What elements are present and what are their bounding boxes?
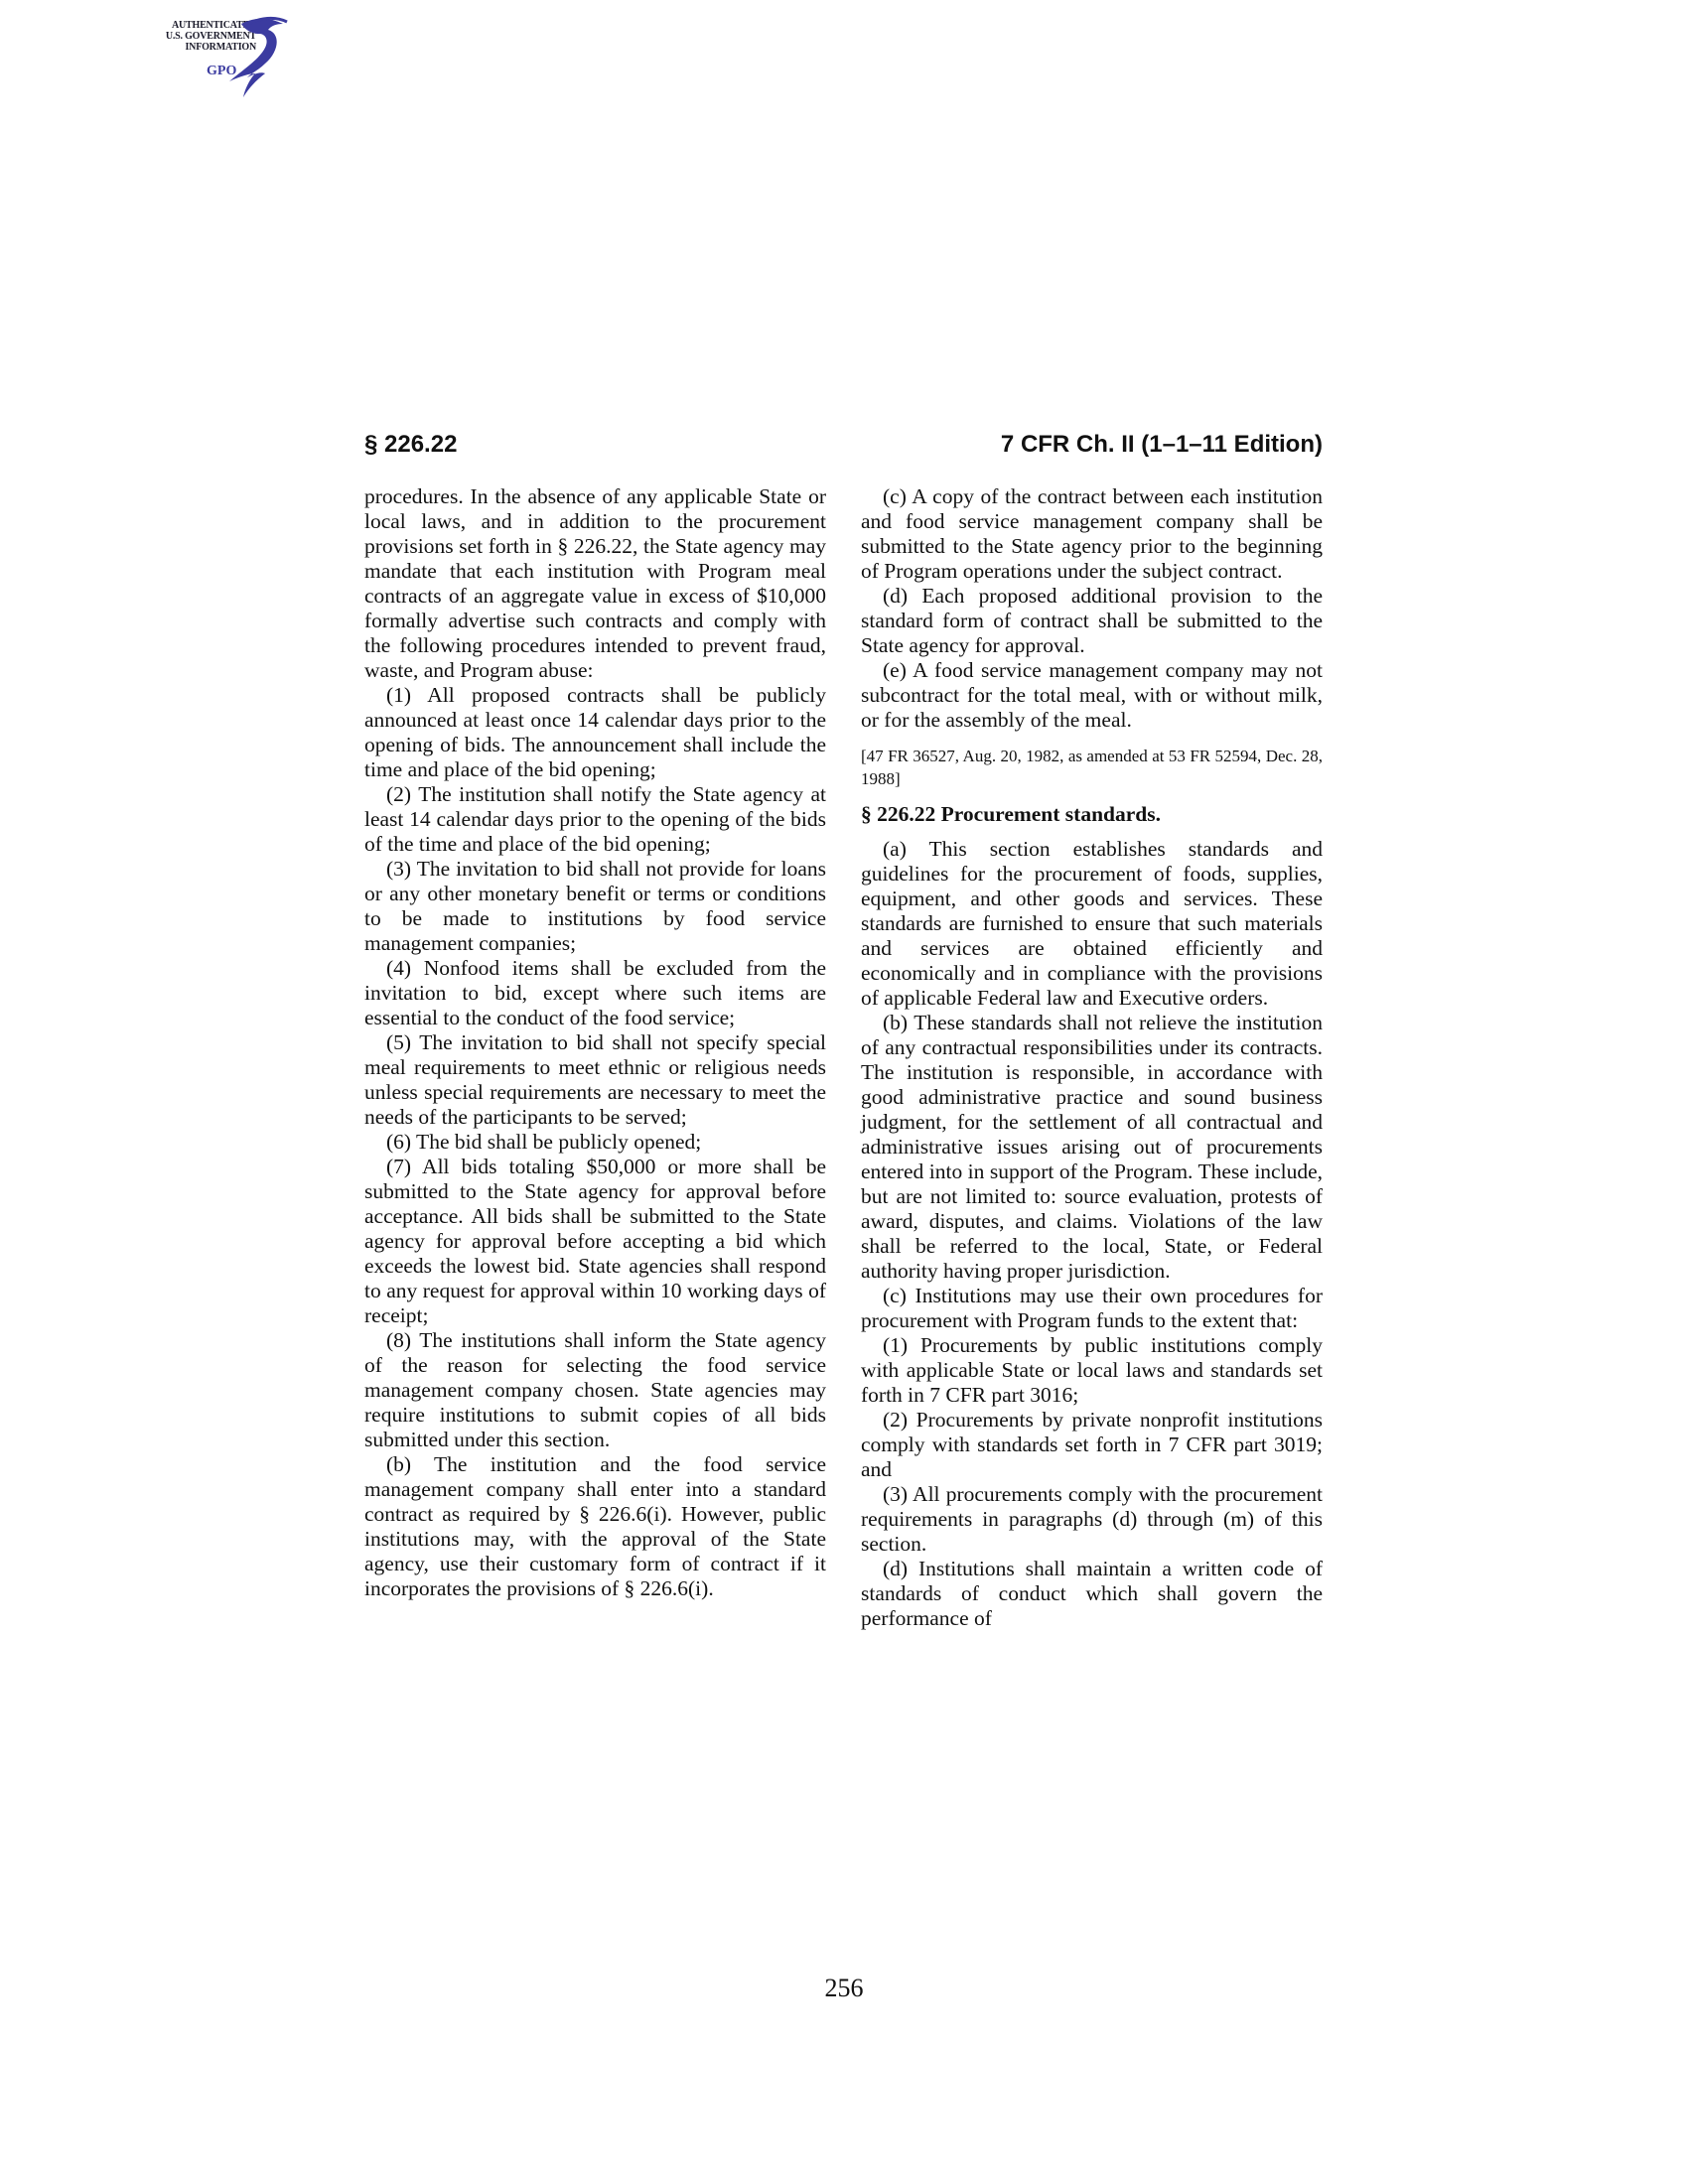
section-heading: § 226.22 Procurement standards.	[861, 802, 1323, 827]
section-number: § 226.22	[364, 431, 457, 459]
paragraph: (2) The institution shall notify the Sta…	[364, 782, 826, 857]
left-column: procedures. In the absence of any applic…	[364, 484, 826, 1601]
paragraph: (7) All bids totaling $50,000 or more sh…	[364, 1155, 826, 1328]
eagle-icon	[221, 12, 301, 101]
right-column: (c) A copy of the contract between each …	[861, 484, 1323, 1631]
paragraph: (1) Procurements by public institutions …	[861, 1333, 1323, 1408]
paragraph: procedures. In the absence of any applic…	[364, 484, 826, 683]
paragraph: (b) The institution and the food service…	[364, 1452, 826, 1601]
source-citation: [47 FR 36527, Aug. 20, 1982, as amended …	[861, 745, 1323, 790]
paragraph: (b) These standards shall not relieve th…	[861, 1011, 1323, 1284]
paragraph: (c) A copy of the contract between each …	[861, 484, 1323, 584]
paragraph: (1) All proposed contracts shall be publ…	[364, 683, 826, 782]
paragraph: (5) The invitation to bid shall not spec…	[364, 1030, 826, 1130]
paragraph: (d) Each proposed additional provision t…	[861, 584, 1323, 658]
paragraph: (6) The bid shall be publicly opened;	[364, 1130, 826, 1155]
paragraph: (c) Institutions may use their own proce…	[861, 1284, 1323, 1333]
running-head: § 226.22 7 CFR Ch. II (1–1–11 Edition)	[364, 431, 1323, 463]
paragraph: (4) Nonfood items shall be excluded from…	[364, 956, 826, 1030]
paragraph: (3) The invitation to bid shall not prov…	[364, 857, 826, 956]
paragraph: (e) A food service management company ma…	[861, 658, 1323, 733]
page-number: 256	[794, 1974, 894, 2003]
gpo-authentication-logo: AUTHENTICATED U.S. GOVERNMENT INFORMATIO…	[127, 12, 306, 101]
paragraph: (8) The institutions shall inform the St…	[364, 1328, 826, 1452]
paragraph: (d) Institutions shall maintain a writte…	[861, 1557, 1323, 1631]
paragraph: (a) This section establishes standards a…	[861, 837, 1323, 1011]
publication-title: 7 CFR Ch. II (1–1–11 Edition)	[1001, 431, 1323, 459]
paragraph: (2) Procurements by private nonprofit in…	[861, 1408, 1323, 1482]
paragraph: (3) All procurements comply with the pro…	[861, 1482, 1323, 1557]
